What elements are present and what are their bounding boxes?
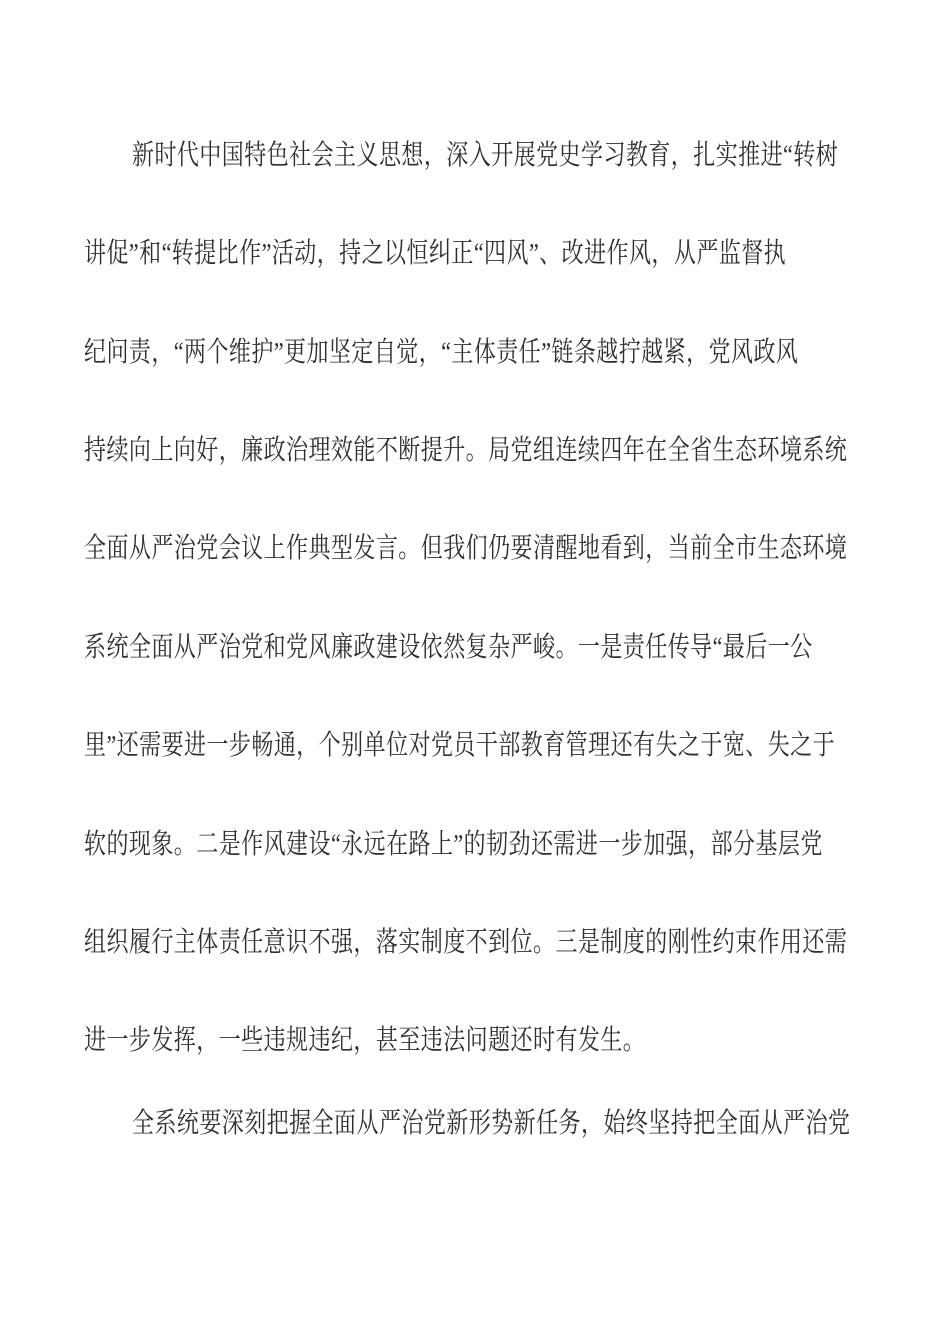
paragraph-body-2: 全系统要深刻把握全面从严治党新形势新任务，始终坚持把全面从严治党 xyxy=(84,1074,854,1172)
document-page: 新时代中国特色社会主义思想，深入开展党史学习教育，扎实推进“转树 讲促”和“转提… xyxy=(0,0,950,1344)
paragraph-body-1: 新时代中国特色社会主义思想，深入开展党史学习教育，扎实推进“转树 讲促”和“转提… xyxy=(84,106,854,1090)
text-line: 全系统要深刻把握全面从严治党新形势新任务，始终坚持把全面从严治党 xyxy=(84,1061,854,1186)
